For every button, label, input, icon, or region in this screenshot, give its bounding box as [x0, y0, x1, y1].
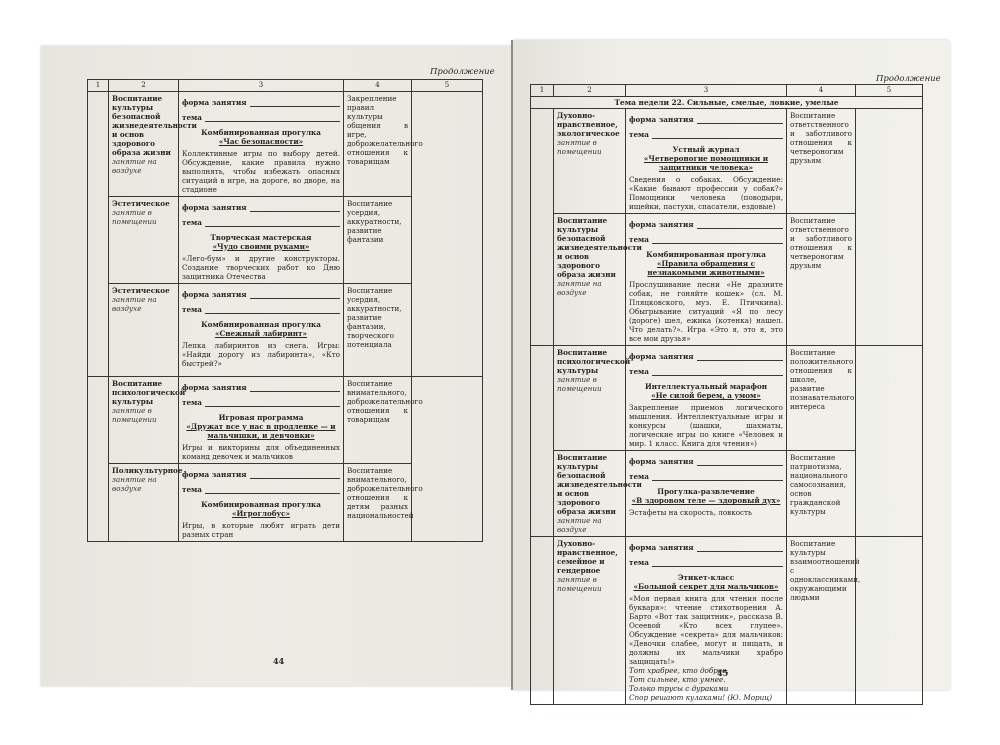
activity-description: Закрепление приемов логического мышления… [629, 403, 783, 448]
category: Эстетическое [112, 199, 175, 208]
activity-description: «Лего-бум» и другие конструкторы. Создан… [182, 254, 340, 281]
form-field: форма занятия [629, 352, 783, 361]
form-field: форма занятия [629, 543, 783, 552]
activity-description: «Моя первая книга для чтения после буква… [629, 594, 783, 702]
column-header: 4 [344, 80, 412, 92]
topic-field: тема [182, 485, 340, 494]
category: Духовно-нравственное, экологическое [557, 111, 622, 138]
activity-title: «Правила обращения с незнакомыми животны… [629, 259, 783, 277]
activity-type: Творческая мастерская [182, 233, 340, 242]
activity-title: «Не силой берем, а умом» [629, 391, 783, 400]
activity-type: Комбинированная прогулка [182, 500, 340, 509]
goal: Воспитание положительного отношения к шк… [787, 346, 856, 451]
category: Духовно-нравственное, семейное и гендерн… [557, 539, 622, 575]
goal: Воспитание усердия, аккуратности, развит… [344, 283, 412, 376]
schedule-table-right: 1 2 3 4 5 Тема недели 22. Сильные, смелы… [530, 84, 923, 705]
table-row: Воспитание психологической культурызанят… [531, 346, 923, 451]
mode: занятие на воздухе [112, 475, 175, 493]
activity-title: «Час безопасности» [182, 137, 340, 146]
form-field: форма занятия [182, 470, 340, 479]
category: Воспитание культуры безопасной жизнедеят… [557, 216, 622, 279]
day-cell [531, 537, 554, 705]
activity-description: Игры, в которые любят играть дети разных… [182, 521, 340, 539]
activity-type: Игровая программа [182, 413, 340, 422]
mode: занятие в помещении [112, 406, 175, 424]
activity-title: «Четвероногие помощники и защитники чело… [629, 154, 783, 172]
activity-description: Лепка лабиринтов из снега. Игры: «Найди … [182, 341, 340, 368]
topic-field: тема [629, 558, 783, 567]
activity-type: Интеллектуальный марафон [629, 382, 783, 391]
notes-cell [856, 537, 923, 705]
day-cell [531, 109, 554, 346]
column-header: 2 [554, 85, 626, 97]
activity-type: Комбинированная прогулка [182, 320, 340, 329]
category: Воспитание культуры безопасной жизнедеят… [112, 94, 175, 157]
topic-field: тема [629, 235, 783, 244]
topic-field: тема [629, 472, 783, 481]
continuation-label-left: Продолжение [430, 67, 495, 77]
mode: занятие на воздухе [557, 279, 622, 297]
form-field: форма занятия [629, 457, 783, 466]
activity-title: «Игроглобус» [182, 509, 340, 518]
goal: Воспитание ответственного и заботливого … [787, 214, 856, 346]
column-header: 1 [88, 80, 109, 92]
notes-cell [856, 346, 923, 537]
mode: занятие в помещении [557, 375, 622, 393]
activity-description: Игры и викторины для объединенных команд… [182, 443, 340, 461]
mode: занятие в помещении [112, 208, 175, 226]
topic-field: тема [182, 218, 340, 227]
goal: Воспитание культуры взаимоотношений с од… [787, 537, 856, 705]
day-cell [531, 346, 554, 537]
category: Воспитание психологической культуры [557, 348, 622, 375]
mode: занятие в помещении [557, 138, 622, 156]
activity-type: Прогулка-развлечение [629, 487, 783, 496]
table-header-row: 1 2 3 4 5 [88, 80, 483, 92]
category: Эстетическое [112, 286, 175, 295]
mode: занятие на воздухе [112, 157, 175, 175]
activity-type: Комбинированная прогулка [182, 128, 340, 137]
poem-line: Тот сильнее, кто умнее. [629, 675, 783, 684]
topic-field: тема [629, 130, 783, 139]
topic-field: тема [182, 398, 340, 407]
day-cell [88, 376, 109, 541]
goal: Воспитание внимательного, доброжелательн… [344, 376, 412, 463]
table-header-row: 1 2 3 4 5 [531, 85, 923, 97]
form-field: форма занятия [629, 115, 783, 124]
category: Воспитание культуры безопасной жизнедеят… [557, 453, 622, 516]
column-header: 1 [531, 85, 554, 97]
category: Поликультурное [112, 466, 175, 475]
schedule-table-left: 1 2 3 4 5 Воспитание культуры безопасной… [87, 79, 483, 542]
activity-type: Комбинированная прогулка [629, 250, 783, 259]
poem-line: Только трусы с дураками [629, 684, 783, 693]
mode: занятие на воздухе [112, 295, 175, 313]
goal: Воспитание усердия, аккуратности, развит… [344, 196, 412, 283]
table-row: Духовно-нравственное, семейное и гендерн… [531, 537, 923, 705]
continuation-label-right: Продолжение [876, 74, 941, 84]
activity-type: Этикет-класс [629, 573, 783, 582]
activity-description: Сведения о собаках. Обсуждение: «Какие б… [629, 175, 783, 211]
poem-line: Тот храбрее, кто добрее. [629, 666, 783, 675]
goal: Закрепление правил культуры общения в иг… [344, 91, 412, 196]
column-header: 5 [856, 85, 923, 97]
activity-title: «Чудо своими руками» [182, 242, 340, 251]
page-number-right: 45 [717, 668, 728, 678]
activity-title: «Снежный лабиринт» [182, 329, 340, 338]
form-field: форма занятия [182, 383, 340, 392]
week-theme: Тема недели 22. Сильные, смелые, ловкие,… [531, 96, 923, 108]
category: Воспитание психологической культуры [112, 379, 175, 406]
table-row: Воспитание культуры безопасной жизнедеят… [88, 91, 483, 196]
poem-line: Спор решают кулаками! (Ю. Мориц) [629, 693, 783, 702]
mode: занятие в помещении [557, 575, 622, 593]
activity-description: Прослушивание песни «Не дразните собак, … [629, 280, 783, 343]
column-header: 3 [179, 80, 344, 92]
table-row: Духовно-нравственное, экологическоезанят… [531, 109, 923, 214]
day-cell [88, 91, 109, 376]
topic-field: тема [182, 305, 340, 314]
goal: Воспитание патриотизма, национального са… [787, 451, 856, 537]
column-header: 2 [109, 80, 179, 92]
column-header: 4 [787, 85, 856, 97]
form-field: форма занятия [629, 220, 783, 229]
topic-field: тема [182, 113, 340, 122]
activity-description: Эстафеты на скорость, ловкость [629, 508, 783, 517]
activity-title: «В здоровом теле — здоровый дух» [629, 496, 783, 505]
activity-description: Коллективные игры по выбору детей. Обсуж… [182, 149, 340, 194]
mode: занятие на воздухе [557, 516, 622, 534]
book-spine [511, 40, 513, 690]
notes-cell [412, 91, 483, 376]
form-field: форма занятия [182, 98, 340, 107]
goal: Воспитание внимательного, доброжелательн… [344, 463, 412, 541]
form-field: форма занятия [182, 203, 340, 212]
column-header: 3 [626, 85, 787, 97]
page-number-left: 44 [273, 656, 284, 666]
table-row: Воспитание психологической культурызанят… [88, 376, 483, 463]
activity-title: «Дружат все у нас в продленке — и мальчи… [182, 422, 340, 440]
activity-title: «Большой секрет для мальчиков» [629, 582, 783, 591]
topic-field: тема [629, 367, 783, 376]
form-field: форма занятия [182, 290, 340, 299]
activity-type: Устный журнал [629, 145, 783, 154]
column-header: 5 [412, 80, 483, 92]
week-theme-row: Тема недели 22. Сильные, смелые, ловкие,… [531, 96, 923, 108]
notes-cell [856, 109, 923, 346]
goal: Воспитание ответственного и заботливого … [787, 109, 856, 214]
